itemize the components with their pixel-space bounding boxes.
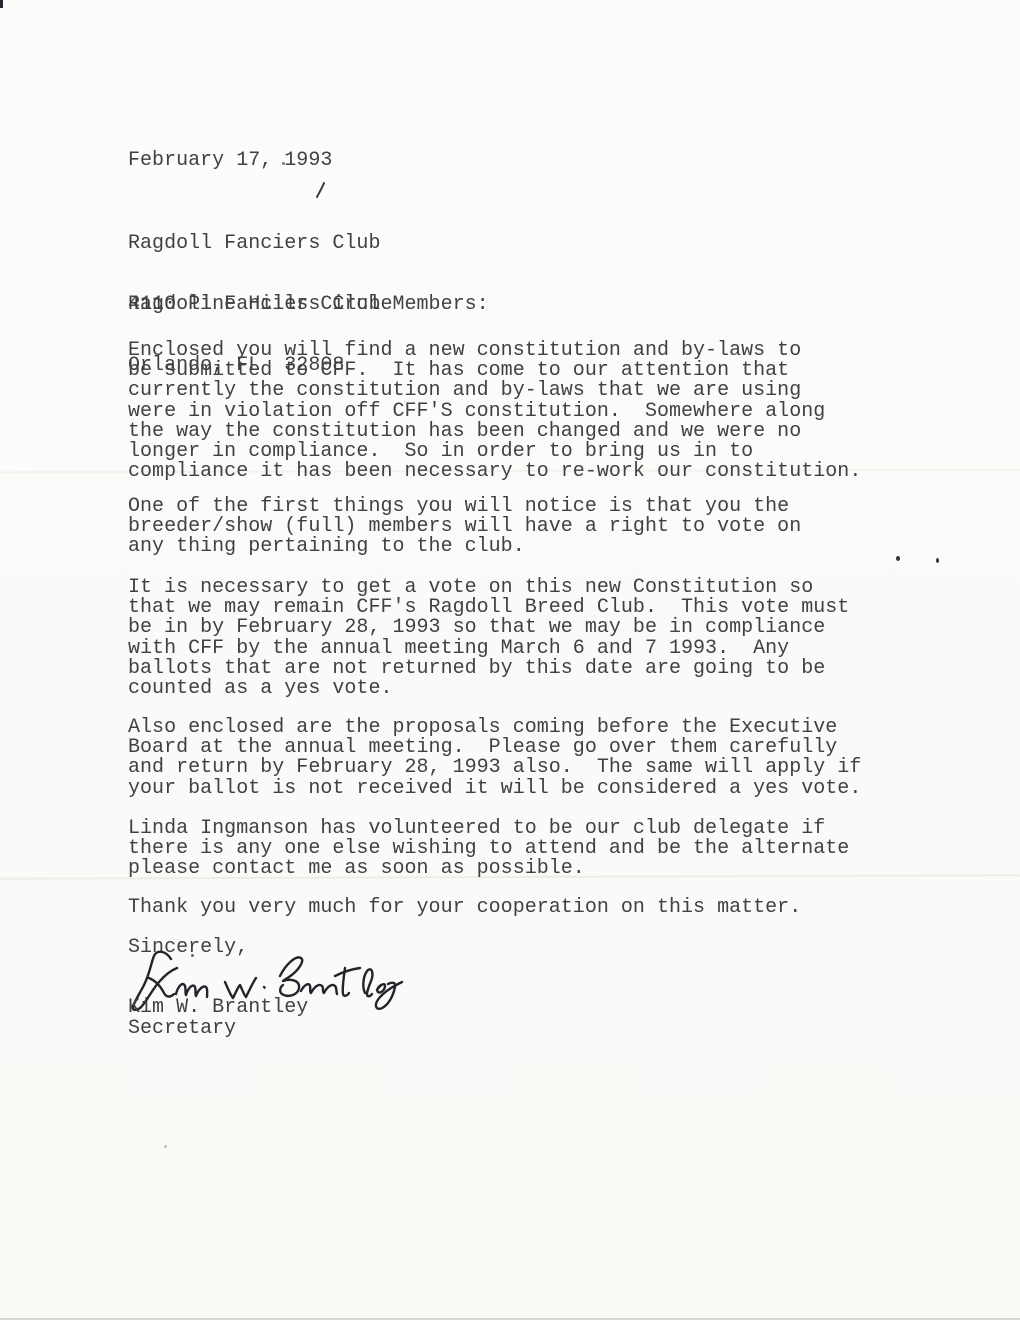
salutation: Ragdoll Fanciers Club Members:: [128, 295, 489, 315]
paragraph-1: Enclosed you will find a new constitutio…: [128, 341, 861, 482]
paper-speck: [896, 556, 900, 561]
paper-speck: [164, 1145, 167, 1148]
signer-title: Secretary: [128, 1019, 236, 1039]
paragraph-6: Thank you very much for your cooperation…: [128, 898, 801, 918]
letter-date: February 17, 1993: [128, 151, 332, 171]
handwritten-apostrophe-mark: [315, 181, 327, 199]
paragraph-3: It is necessary to get a vote on this ne…: [128, 578, 849, 699]
recipient-name: Ragdoll Fanciers Club: [128, 234, 392, 254]
scan-corner-mark: [0, 0, 3, 8]
scanned-letter-page: February 17, 1993 Ragdoll Fanciers Club …: [0, 0, 1020, 1320]
paragraph-2: One of the first things you will notice …: [128, 497, 801, 558]
signer-name: Kim W. Brantley: [128, 998, 308, 1018]
paragraph-4: Also enclosed are the proposals coming b…: [128, 718, 861, 799]
paper-speck: [936, 558, 939, 563]
paragraph-5: Linda Ingmanson has volunteered to be ou…: [128, 819, 849, 880]
